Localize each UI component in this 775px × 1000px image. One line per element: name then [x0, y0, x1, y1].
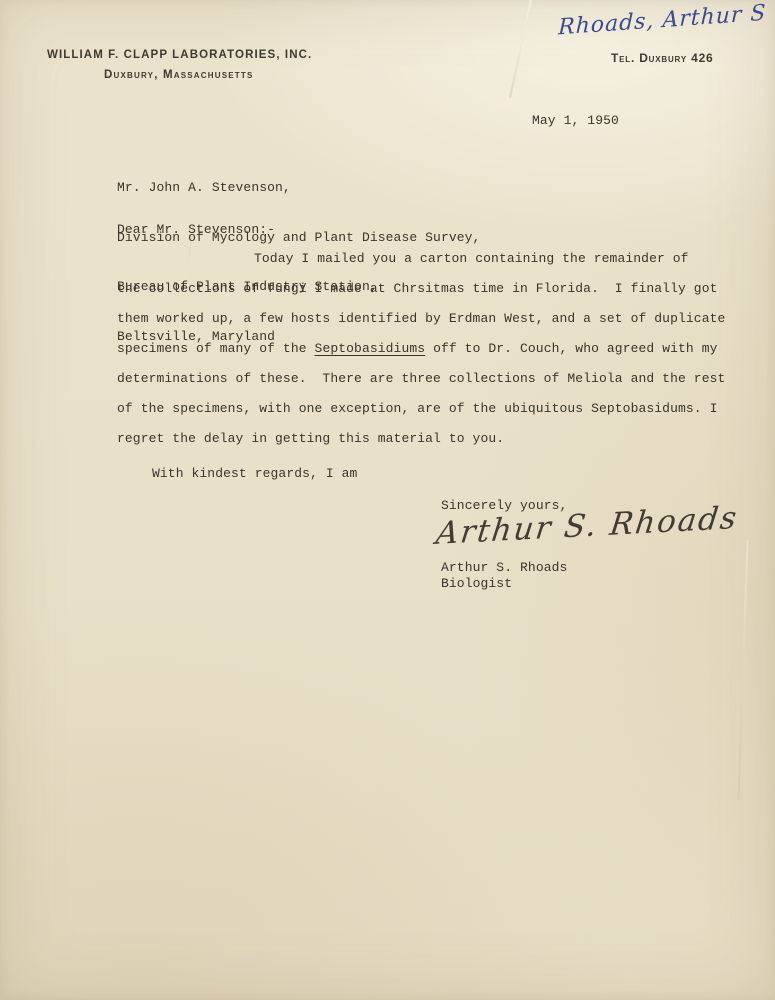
body-text: the collections of fungi I made at Chrsi…: [117, 281, 718, 296]
body-line: them worked up, a few hosts identified b…: [117, 304, 757, 334]
body-text: determinations of these. There are three…: [117, 371, 725, 386]
body-text: Today I mailed you a carton containing t…: [254, 251, 689, 266]
underlined-term: Septobasidiums: [315, 341, 426, 356]
letterhead-company: WILLIAM F. CLAPP LABORATORIES, INC.: [47, 49, 312, 61]
salutation: Dear Mr. Stevenson:-: [117, 222, 275, 237]
body-text: regret the delay in getting this materia…: [117, 431, 504, 446]
body-text: them worked up, a few hosts identified b…: [117, 311, 725, 326]
body-line: regret the delay in getting this materia…: [117, 424, 757, 454]
body-text: off to Dr. Couch, who agreed with my: [425, 341, 717, 356]
body-line: determinations of these. There are three…: [117, 364, 757, 394]
body-text: of the specimens, with one exception, ar…: [117, 401, 718, 416]
letter-page: Rhoads, Arthur S WILLIAM F. CLAPP LABORA…: [0, 0, 775, 1000]
body-line: the collections of fungi I made at Chrsi…: [117, 274, 757, 304]
filing-annotation-handwritten: Rhoads, Arthur S: [558, 1, 768, 41]
body-line: specimens of many of the Septobasidiums …: [117, 334, 757, 364]
letterhead-telephone: Tel. Duxbury 426: [611, 51, 714, 65]
signer-title: Biologist: [441, 576, 512, 591]
paper-crease: [737, 540, 748, 800]
signer-typed-name: Arthur S. Rhoads: [441, 560, 567, 575]
paper-crease: [509, 0, 533, 98]
closing-line: With kindest regards, I am: [152, 466, 357, 481]
body-paragraph: Today I mailed you a carton containing t…: [117, 244, 757, 454]
letterhead-location: Duxbury, Massachusetts: [104, 69, 254, 81]
body-line: Today I mailed you a carton containing t…: [254, 244, 757, 274]
body-line: of the specimens, with one exception, ar…: [117, 394, 757, 424]
body-text: specimens of many of the: [117, 341, 315, 356]
recipient-line-name: Mr. John A. Stevenson,: [117, 180, 480, 197]
date-line: May 1, 1950: [532, 113, 619, 128]
